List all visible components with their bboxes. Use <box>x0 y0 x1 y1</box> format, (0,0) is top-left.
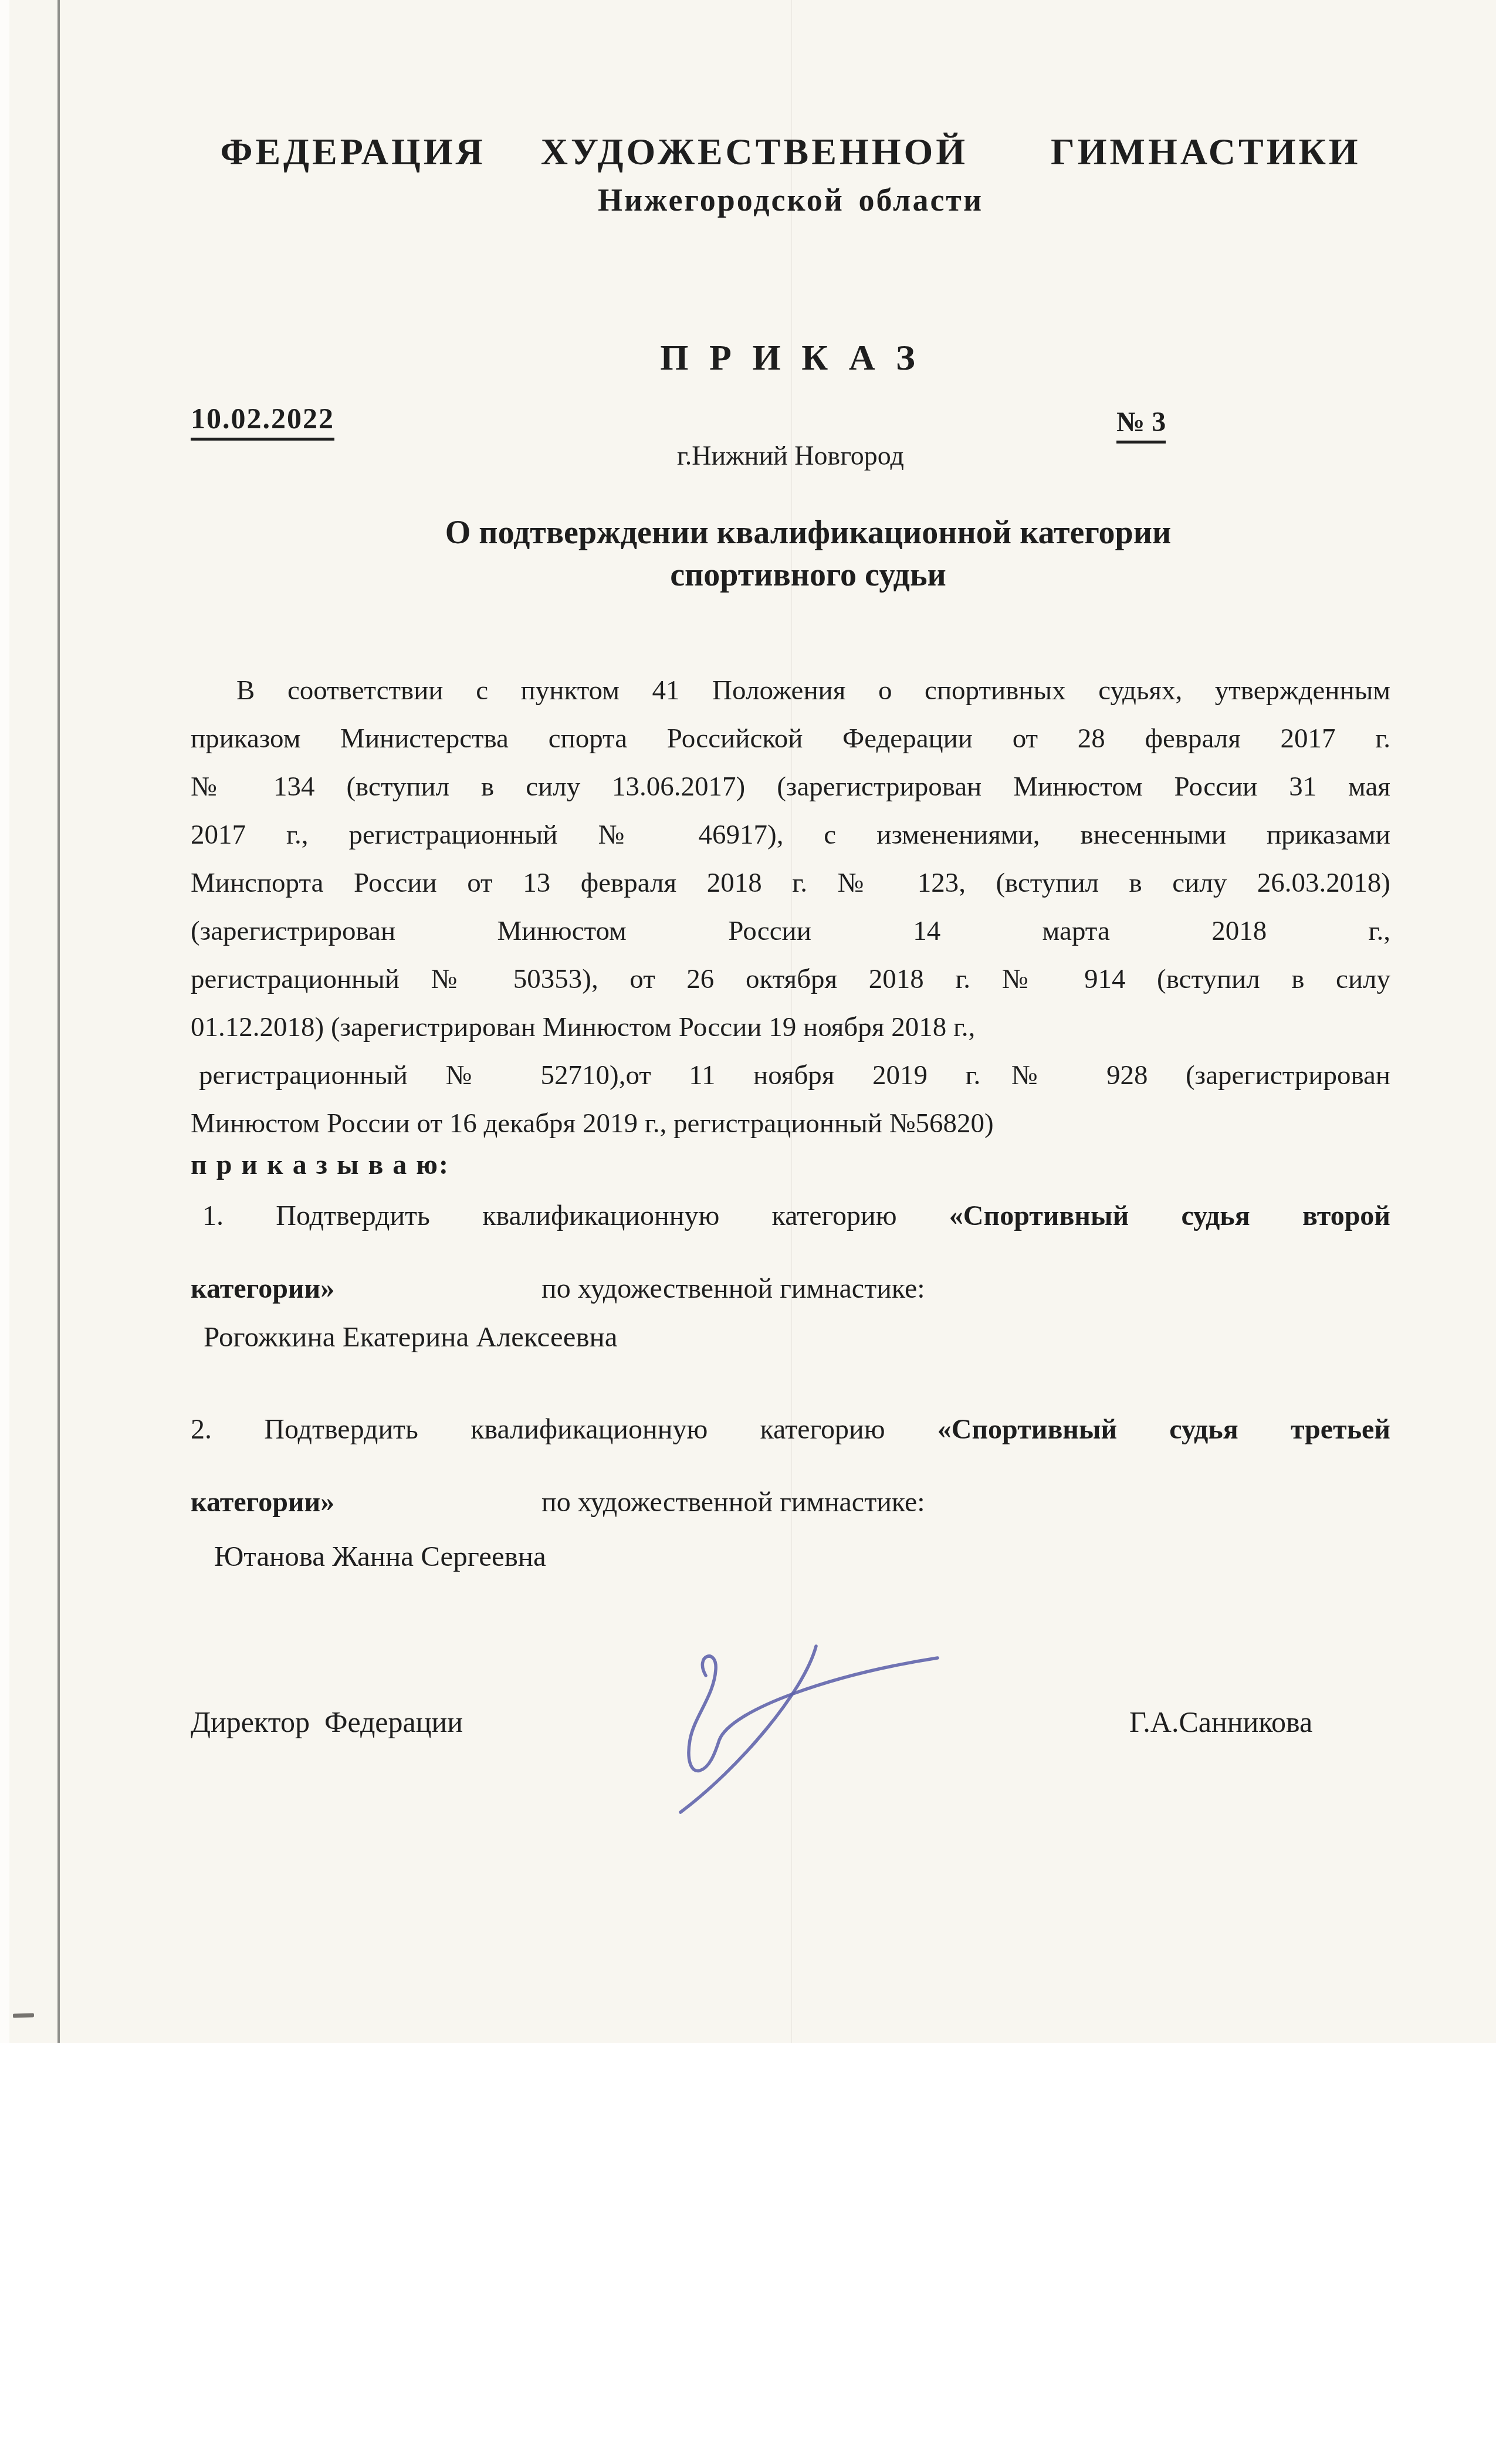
body-line: регистрационный № 52710),от 11 ноября 20… <box>191 1051 1390 1099</box>
scan-left-edge-line <box>57 0 60 2043</box>
order-number: № 3 <box>1116 406 1166 444</box>
item-1-discipline-text: по художественной гимнастике: <box>541 1273 925 1304</box>
body-line: № 134 (вступил в силу 13.06.2017) (зарег… <box>191 763 1390 811</box>
document-type-title: П Р И К А З <box>191 337 1390 379</box>
item-1-line-1: 1. Подтвердить квалификационную категори… <box>191 1192 1390 1240</box>
item-2-line-2: категории»по художественной гимнастике: <box>191 1478 1390 1527</box>
screenshot-stage: ФЕДЕРАЦИЯ ХУДОЖЕСТВЕННОЙ ГИМНАСТИКИ Ниже… <box>0 0 1496 2464</box>
body-line: 2017 г., регистрационный № 46917), с изм… <box>191 811 1390 859</box>
issue-date: 10.02.2022 <box>191 401 334 441</box>
item-1-category-bold-cont: категории» <box>191 1265 541 1313</box>
decree-word: п р и к а з ы в а ю: <box>191 1149 1390 1181</box>
body-line: (зарегистрирован Минюстом России 14 март… <box>191 907 1390 955</box>
org-name-line-2: Нижегородской области <box>191 182 1390 218</box>
scan-noise-mark <box>13 2013 34 2018</box>
item-2-category-bold: «Спортивный судья третьей <box>937 1414 1390 1445</box>
item-1-category-bold: «Спортивный судья второй <box>949 1200 1390 1231</box>
signature-scribble <box>650 1640 943 1816</box>
signature-stroke-tail <box>681 1646 816 1812</box>
item-2-line-1: 2. Подтвердить квалификационную категори… <box>191 1406 1390 1454</box>
signature-stroke-loop <box>689 1656 937 1771</box>
body-line: В соответствии с пунктом 41 Положения о … <box>191 666 1390 715</box>
org-name-line-1: ФЕДЕРАЦИЯ ХУДОЖЕСТВЕННОЙ ГИМНАСТИКИ <box>191 130 1390 174</box>
signatory-name: Г.А.Санникова <box>1129 1705 1312 1739</box>
item-1-judge-name: Рогожкина Екатерина Алексеевна <box>191 1313 1390 1361</box>
scan-edge-strip <box>0 0 9 2043</box>
body-line: Минюстом России от 16 декабря 2019 г., р… <box>191 1099 1390 1148</box>
item-2-category-bold-cont: категории» <box>191 1478 541 1527</box>
body-paragraph: В соответствии с пунктом 41 Положения о … <box>191 666 1390 1148</box>
body-line: Минспорта России от 13 февраля 2018 г. №… <box>191 859 1390 907</box>
subject-line-1: О подтверждении квалификационной категор… <box>208 514 1408 551</box>
date-line: 10.02.2022 <box>191 401 1390 441</box>
body-line: регистрационный № 50353), от 26 октября … <box>191 955 1390 1003</box>
item-2-judge-name: Ютанова Жанна Сергеевна <box>191 1532 1390 1580</box>
item-1-text: 1. Подтвердить квалификационную категори… <box>202 1200 949 1231</box>
body-line: приказом Министерства спорта Российской … <box>191 715 1390 763</box>
item-2-text: 2. Подтвердить квалификационную категори… <box>191 1414 937 1445</box>
issue-city: г.Нижний Новгород <box>191 440 1390 471</box>
body-line: 01.12.2018) (зарегистрирован Минюстом Ро… <box>191 1003 1390 1051</box>
scanned-document-page: ФЕДЕРАЦИЯ ХУДОЖЕСТВЕННОЙ ГИМНАСТИКИ Ниже… <box>0 0 1496 2043</box>
item-2-discipline-text: по художественной гимнастике: <box>541 1487 925 1518</box>
subject-line-2: спортивного судьи <box>208 556 1408 594</box>
item-1-line-2: категории»по художественной гимнастике: <box>191 1265 1390 1313</box>
